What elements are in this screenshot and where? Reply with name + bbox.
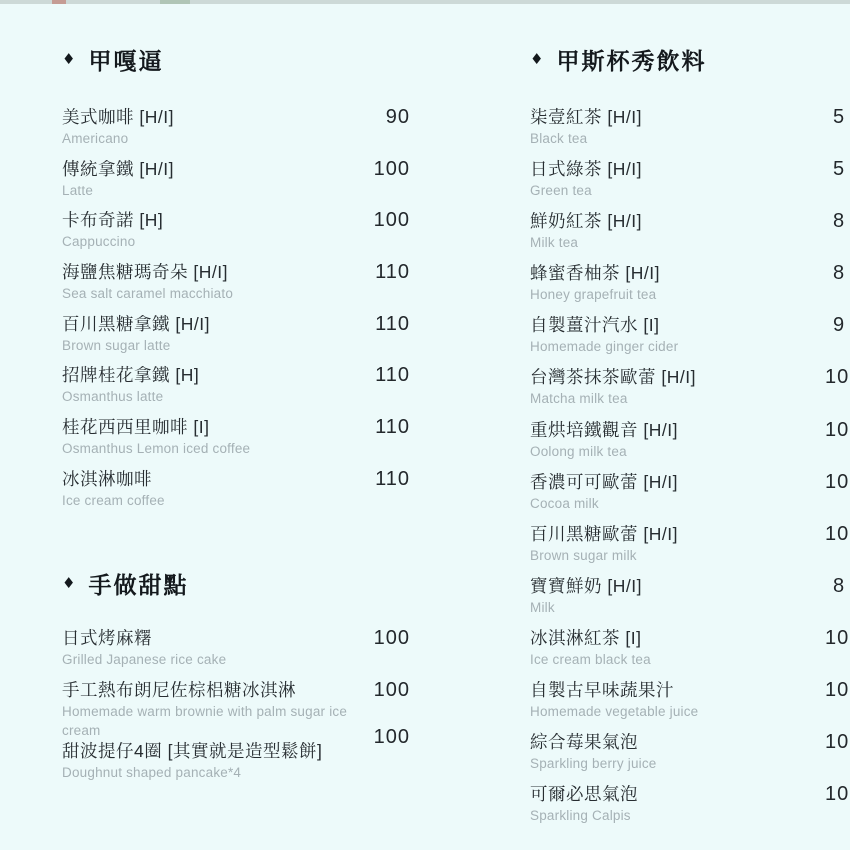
menu-item: 柒壹紅茶 [H/I] Black tea 5 — [530, 106, 850, 158]
item-name: 百川黑糖拿鐵 [H/I] — [62, 313, 210, 335]
item-price: 110 — [375, 416, 410, 438]
top-edge-red-mark — [52, 0, 66, 4]
menu-item: 桂花西西里咖啡 [I] Osmanthus Lemon iced coffee … — [62, 416, 410, 468]
diamond-bullet-icon: ♦ — [62, 50, 77, 68]
item-name: 自製薑汁汽水 [I] — [530, 314, 678, 336]
item-name: 自製古早味蔬果汁 — [530, 679, 698, 701]
item-price: 90 — [386, 106, 410, 128]
section-title-text: 甲嘎逼 — [88, 43, 163, 76]
item-price-clipped: 10 — [825, 471, 849, 493]
section-desserts: ♦ 手做甜點 日式烤麻糬 Grilled Japanese rice cake … — [62, 568, 410, 792]
item-price: 110 — [375, 313, 410, 335]
menu-item: 冰淇淋咖啡 Ice cream coffee 110 — [62, 468, 410, 520]
menu-item: 自製薑汁汽水 [I] Homemade ginger cider 9 — [530, 314, 850, 366]
menu-item: 甜波提仔4圈 [其實就是造型鬆餅] Doughnut shaped pancak… — [62, 740, 410, 792]
item-name: 傳統拿鐵 [H/I] — [62, 158, 174, 180]
item-name: 可爾必思氣泡 — [530, 783, 638, 805]
item-name: 香濃可可歐蕾 [H/I] — [530, 471, 678, 493]
item-subtitle: Cappuccino — [62, 232, 163, 251]
menu-item: 日式烤麻糬 Grilled Japanese rice cake 100 — [62, 627, 410, 679]
item-name: 招牌桂花拿鐵 [H] — [62, 364, 199, 386]
item-subtitle: Milk tea — [530, 233, 642, 252]
item-subtitle: Sea salt caramel macchiato — [62, 284, 233, 303]
item-subtitle: Milk — [530, 598, 642, 617]
menu-item: 卡布奇諾 [H] Cappuccino 100 — [62, 209, 410, 261]
menu-item: 寶寶鮮奶 [H/I] Milk 8 — [530, 575, 850, 627]
item-price: 110 — [375, 261, 410, 283]
item-price: 110 — [375, 364, 410, 386]
menu-item: 百川黑糖歐蕾 [H/I] Brown sugar milk 10 — [530, 523, 850, 575]
menu-item: 綜合莓果氣泡 Sparkling berry juice 10 — [530, 731, 850, 783]
menu-item: 日式綠茶 [H/I] Green tea 5 — [530, 158, 850, 210]
item-price: 100 — [374, 158, 410, 180]
item-name: 綜合莓果氣泡 — [530, 731, 657, 753]
item-subtitle: Black tea — [530, 129, 642, 148]
item-price-clipped: 5 — [833, 106, 845, 128]
item-subtitle: Homemade warm brownie with palm sugar ic… — [62, 702, 362, 740]
menu-item: 可爾必思氣泡 Sparkling Calpis 10 — [530, 783, 850, 835]
menu-item: 百川黑糖拿鐵 [H/I] Brown sugar latte 110 — [62, 313, 410, 365]
section-title-text: 手做甜點 — [88, 567, 188, 600]
menu-item: 傳統拿鐵 [H/I] Latte 100 — [62, 158, 410, 210]
item-name: 日式綠茶 [H/I] — [530, 158, 642, 180]
item-subtitle: Osmanthus latte — [62, 387, 199, 406]
item-name: 日式烤麻糬 — [62, 627, 226, 649]
section-title-desserts: ♦ 手做甜點 — [62, 568, 410, 598]
menu-item: 美式咖啡 [H/I] Americano 90 — [62, 106, 410, 158]
item-price-clipped: 8 — [833, 575, 845, 597]
photo-top-edge — [0, 0, 850, 4]
item-subtitle: Honey grapefruit tea — [530, 285, 660, 304]
menu-item: 重烘培鐵觀音 [H/I] Oolong milk tea 10 — [530, 419, 850, 471]
menu-item: 冰淇淋紅茶 [I] Ice cream black tea 10 — [530, 627, 850, 679]
item-subtitle: Homemade vegetable juice — [530, 702, 698, 721]
item-name: 蜂蜜香柚茶 [H/I] — [530, 262, 660, 284]
item-price-clipped: 10 — [825, 627, 849, 649]
menu-item: 自製古早味蔬果汁 Homemade vegetable juice 10 — [530, 679, 850, 731]
item-subtitle: Ice cream coffee — [62, 491, 165, 510]
item-name: 冰淇淋紅茶 [I] — [530, 627, 651, 649]
item-subtitle: Ice cream black tea — [530, 650, 651, 669]
item-subtitle: Homemade ginger cider — [530, 337, 678, 356]
item-subtitle: Green tea — [530, 181, 642, 200]
item-price-clipped: 10 — [825, 783, 849, 805]
menu-item: 台灣茶抹茶歐蕾 [H/I] Matcha milk tea 10 — [530, 366, 850, 418]
item-price: 100 — [374, 627, 410, 649]
diamond-bullet-icon: ♦ — [62, 574, 77, 592]
section-title-drinks: ♦ 甲斯杯秀飲料 — [530, 44, 850, 74]
item-price: 100 — [374, 726, 410, 748]
item-subtitle: Sparkling Calpis — [530, 806, 638, 825]
item-price-clipped: 10 — [825, 731, 849, 753]
item-price-clipped: 9 — [833, 314, 845, 336]
item-name: 海鹽焦糖瑪奇朵 [H/I] — [62, 261, 233, 283]
section-title-coffee: ♦ 甲嘎逼 — [62, 44, 410, 74]
item-subtitle: Matcha milk tea — [530, 389, 696, 408]
menu-item: 手工熱布朗尼佐棕梠糖冰淇淋 Homemade warm brownie with… — [62, 679, 410, 741]
item-subtitle: Latte — [62, 181, 174, 200]
item-name: 冰淇淋咖啡 — [62, 468, 165, 490]
item-price-clipped: 10 — [825, 523, 849, 545]
item-price: 100 — [374, 209, 410, 231]
item-price: 110 — [375, 468, 410, 490]
item-name: 甜波提仔4圈 [其實就是造型鬆餅] — [62, 740, 322, 762]
item-subtitle: Osmanthus Lemon iced coffee — [62, 439, 250, 458]
item-subtitle: Americano — [62, 129, 174, 148]
top-edge-green-mark — [160, 0, 190, 4]
item-name: 美式咖啡 [H/I] — [62, 106, 174, 128]
menu-item: 海鹽焦糖瑪奇朵 [H/I] Sea salt caramel macchiato… — [62, 261, 410, 313]
menu-item: 鮮奶紅茶 [H/I] Milk tea 8 — [530, 210, 850, 262]
item-price-clipped: 8 — [833, 210, 845, 232]
item-price: 100 — [374, 679, 410, 701]
item-subtitle: Brown sugar latte — [62, 336, 210, 355]
item-list-desserts: 日式烤麻糬 Grilled Japanese rice cake 100 手工熱… — [62, 627, 410, 792]
section-coffee: ♦ 甲嘎逼 美式咖啡 [H/I] Americano 90 傳統拿鐵 [H/I]… — [62, 44, 410, 520]
item-name: 寶寶鮮奶 [H/I] — [530, 575, 642, 597]
item-name: 重烘培鐵觀音 [H/I] — [530, 419, 678, 441]
menu-item: 蜂蜜香柚茶 [H/I] Honey grapefruit tea 8 — [530, 262, 850, 314]
item-price-clipped: 10 — [825, 366, 849, 388]
section-drinks: ♦ 甲斯杯秀飲料 柒壹紅茶 [H/I] Black tea 5 日式綠茶 [H/… — [530, 44, 850, 835]
item-subtitle: Grilled Japanese rice cake — [62, 650, 226, 669]
item-name: 台灣茶抹茶歐蕾 [H/I] — [530, 366, 696, 388]
item-list-coffee: 美式咖啡 [H/I] Americano 90 傳統拿鐵 [H/I] Latte… — [62, 106, 410, 520]
diamond-bullet-icon: ♦ — [530, 50, 545, 68]
item-name: 鮮奶紅茶 [H/I] — [530, 210, 642, 232]
item-name: 柒壹紅茶 [H/I] — [530, 106, 642, 128]
item-subtitle: Oolong milk tea — [530, 442, 678, 461]
item-subtitle: Doughnut shaped pancake*4 — [62, 763, 322, 782]
item-price-clipped: 5 — [833, 158, 845, 180]
item-name: 卡布奇諾 [H] — [62, 209, 163, 231]
item-price-clipped: 8 — [833, 262, 845, 284]
item-name: 百川黑糖歐蕾 [H/I] — [530, 523, 678, 545]
menu-item: 招牌桂花拿鐵 [H] Osmanthus latte 110 — [62, 364, 410, 416]
item-subtitle: Cocoa milk — [530, 494, 678, 513]
item-name: 手工熱布朗尼佐棕梠糖冰淇淋 — [62, 679, 362, 701]
item-name: 桂花西西里咖啡 [I] — [62, 416, 250, 438]
item-price-clipped: 10 — [825, 419, 849, 441]
item-list-drinks: 柒壹紅茶 [H/I] Black tea 5 日式綠茶 [H/I] Green … — [530, 106, 850, 835]
item-price-clipped: 10 — [825, 679, 849, 701]
section-title-text: 甲斯杯秀飲料 — [556, 43, 706, 76]
menu-item: 香濃可可歐蕾 [H/I] Cocoa milk 10 — [530, 471, 850, 523]
item-subtitle: Brown sugar milk — [530, 546, 678, 565]
item-subtitle: Sparkling berry juice — [530, 754, 657, 773]
